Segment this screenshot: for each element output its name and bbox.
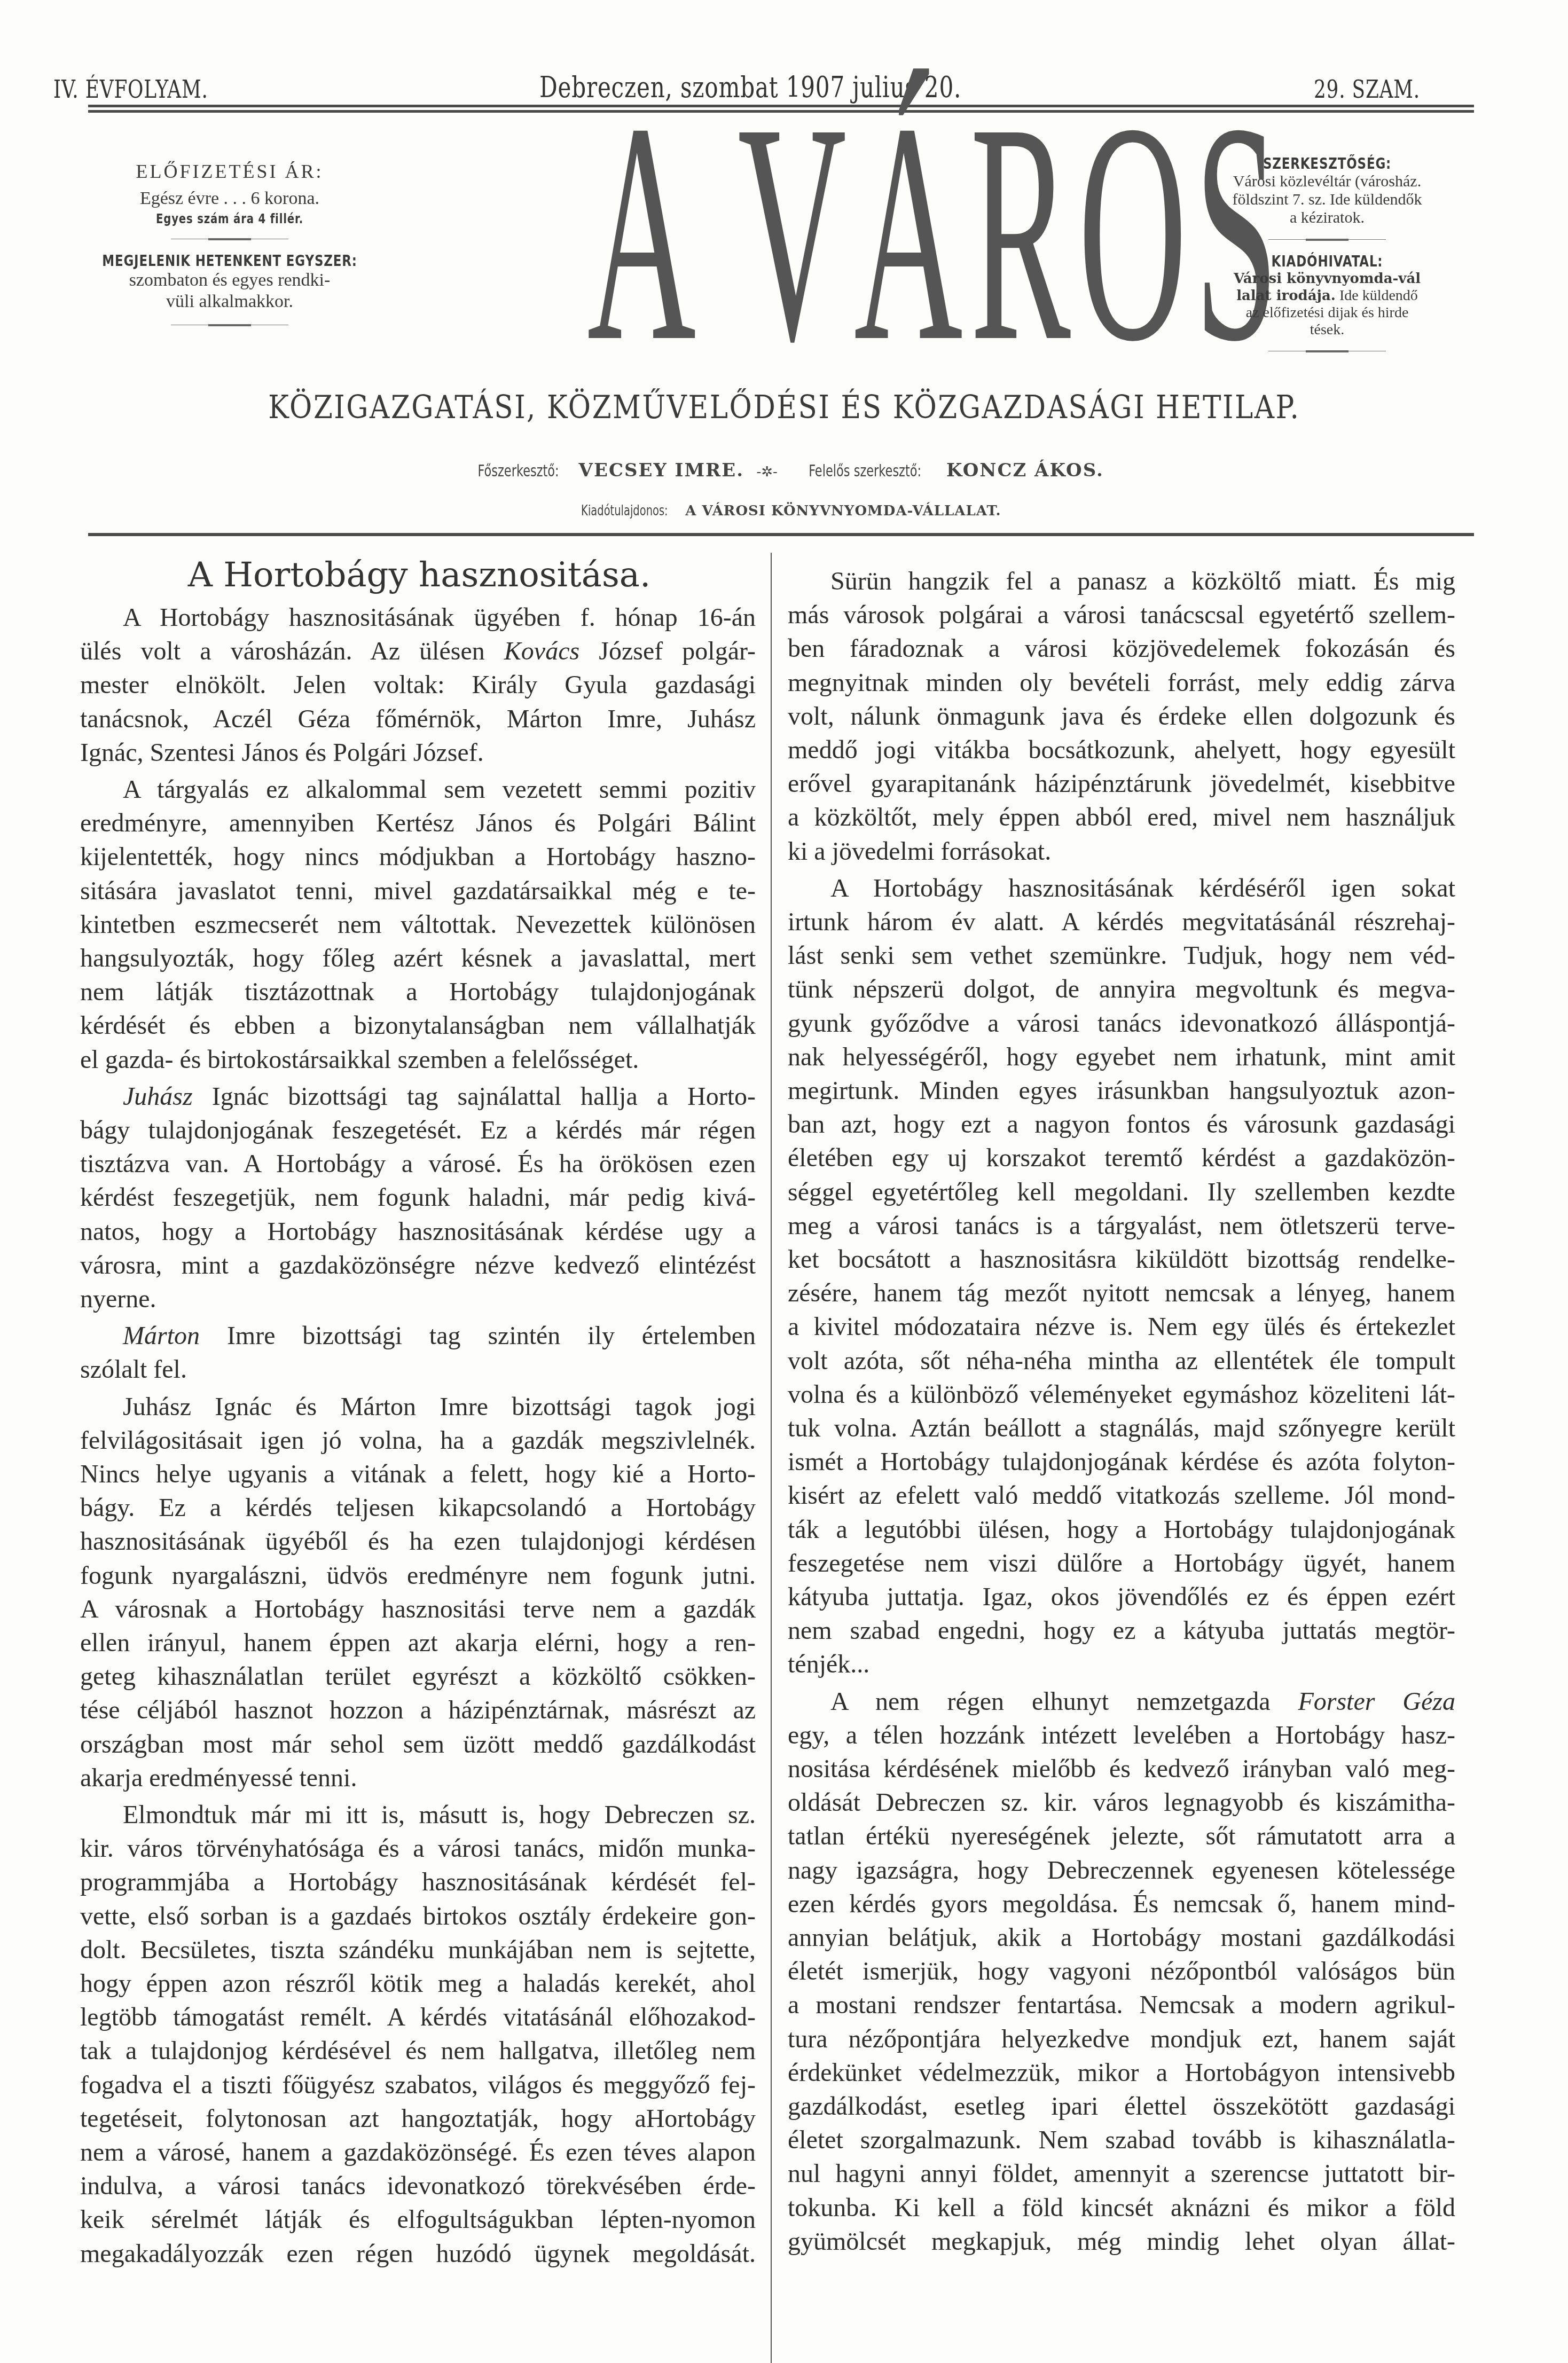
text-run: vette, első sorban is a gazdaés birtokos… bbox=[80, 1902, 756, 1930]
text-run: séggel egyetértőleg kell megoldani. Ily … bbox=[788, 1178, 1455, 1206]
text-line: Juhász Ignác és Márton Imre bizottsági t… bbox=[80, 1393, 756, 1422]
text-run: életet szorgalmazunk. Nem szabad tovább … bbox=[788, 2126, 1455, 2154]
text-run: felvilágositásait igen jó volna, ha a ga… bbox=[80, 1426, 756, 1455]
text-line: gyunk győződve a városi tanács idevonatk… bbox=[788, 1009, 1455, 1038]
text-run: nagy igazságra, hogy Debreczennek egyene… bbox=[788, 1856, 1455, 1885]
text-run: A nem régen elhunyt nemzetgazda bbox=[830, 1687, 1298, 1716]
text-run: tak a tulajdonjog kérdésével és nem hall… bbox=[80, 2037, 756, 2065]
text-line: hogy éppen azon részről kötik meg a hala… bbox=[80, 1969, 756, 1998]
text-run: kérdést feszegetjük, nem fogunk haladni,… bbox=[80, 1183, 756, 1212]
column-divider bbox=[771, 553, 772, 2363]
text-run: ták a legutóbbi ülésen, hogy a Hortobágy… bbox=[788, 1516, 1455, 1544]
italic-name: Juhász bbox=[123, 1082, 193, 1111]
text-line: a közköltőt, mely éppen abból ered, mive… bbox=[788, 803, 1455, 832]
text-line: szólalt fel. bbox=[80, 1355, 756, 1384]
text-run: tokunba. Ki kell a föld kincsét aknázni … bbox=[788, 2194, 1455, 2222]
text-run: kisért az efelett való meddő vitatkozás … bbox=[788, 1481, 1455, 1510]
subscription-info: ELŐFIZETÉSI ÁR: Egész évre . . . 6 koron… bbox=[69, 160, 390, 338]
text-run: natos, hogy a Hortobágy hasznositásának … bbox=[80, 1218, 756, 1246]
text-run: megirtunk. Minden egyes irásunkban hangs… bbox=[788, 1077, 1455, 1105]
text-line: volt azóta, sőt néha-néha mintha az elle… bbox=[788, 1347, 1455, 1376]
text-run: ki a jövedelmi forrásokat. bbox=[788, 837, 1051, 866]
issue-number: 29. SZAM. bbox=[1314, 75, 1420, 104]
text-line: nem a városé, hanem a gazdaközönségé. És… bbox=[80, 2138, 756, 2167]
text-line: érdekünket védelmezzük, mikor a Hortobág… bbox=[788, 2059, 1455, 2087]
text-run: hangsulyozták, hogy főleg azért késnek a… bbox=[80, 944, 756, 972]
text-run: tuk volna. Aztán beállott a stagnálás, m… bbox=[788, 1414, 1455, 1442]
text-run: mester elnökölt. Jelen voltak: Király Gy… bbox=[80, 671, 756, 699]
text-run: dolt. Becsületes, tiszta szándéku munkáj… bbox=[80, 1936, 756, 1964]
text-run: tünk népszerü dolgot, de annyira megvolt… bbox=[788, 975, 1455, 1003]
text-line: kijelentették, hogy nincs módjukban a Ho… bbox=[80, 843, 756, 872]
text-line: sitására javaslatot tenni, mivel gazdatá… bbox=[80, 877, 756, 906]
text-line: kérdést feszegetjük, nem fogunk haladni,… bbox=[80, 1183, 756, 1212]
text-run: keik sérelmét látják és elfogultságukban… bbox=[80, 2205, 756, 2234]
text-run: hogy éppen azon részről kötik meg a hala… bbox=[80, 1969, 756, 1998]
text-line: kátyuba juttatja. Igaz, okos jövendőlés … bbox=[788, 1583, 1455, 1612]
text-run: életét ismerjük, hogy vagyoni nézőpontbó… bbox=[788, 1957, 1455, 1985]
text-run: A Hortobágy hasznositásának kérdéséről i… bbox=[830, 874, 1455, 902]
text-run: gazdálkodást, esetleg ipari élettel össz… bbox=[788, 2092, 1455, 2121]
publishing-line: Városi könyvnyomda-vál bbox=[1188, 270, 1466, 287]
text-run: életében egy uj korszakot teremtő kérdés… bbox=[788, 1144, 1455, 1172]
paper-subtitle: KÖZIGAZGATÁSI, KÖZMŰVELŐDÉSI ÉS KÖZGAZDA… bbox=[0, 389, 1568, 426]
ornament-divider bbox=[1306, 239, 1349, 241]
text-run: ket bocsátott a hasznositásra kiküldött … bbox=[788, 1245, 1455, 1274]
text-line: akarja eredményessé tenni. bbox=[80, 1764, 756, 1793]
single-issue-price: Egyes szám ára 4 fillér. bbox=[98, 211, 361, 226]
text-run: el gazda- és birtokostársaikkal szemben … bbox=[80, 1046, 639, 1074]
text-run: nul hagyni annyi földet, amennyit a szer… bbox=[788, 2160, 1455, 2188]
text-line: a kivitel módozataira nézve is. Nem egy … bbox=[788, 1313, 1455, 1341]
text-run: volt, nálunk önmagunk java és érdeke ell… bbox=[788, 702, 1455, 731]
text-run: ténjék... bbox=[788, 1650, 869, 1678]
text-line: annyian belátjuk, akik a Hortobágy mosta… bbox=[788, 1924, 1455, 1952]
text-line: A Hortobágy hasznositásának kérdéséről i… bbox=[788, 874, 1455, 903]
text-line: meddő jogi vitákba bocsátkozunk, ahelyet… bbox=[788, 736, 1455, 765]
chief-editor-name: VECSEY IMRE. bbox=[579, 460, 744, 481]
owner-label: Kiadótulajdonos: bbox=[581, 503, 668, 519]
text-line: geteg kihasználatlan terület egyrészt a … bbox=[80, 1662, 756, 1691]
subscription-price: Egész évre . . . 6 korona. bbox=[69, 188, 390, 209]
text-run: Elmondtuk már mi itt is, másutt is, hogy… bbox=[123, 1801, 756, 1829]
text-line: életét ismerjük, hogy vagyoni nézőpontbó… bbox=[788, 1957, 1455, 1986]
text-run: tegetéseit, folytonosan azt hangoztatják… bbox=[80, 2105, 756, 2133]
text-run: Juhász Ignác és Márton Imre bizottsági t… bbox=[123, 1393, 756, 1421]
text-run: nyerne. bbox=[80, 1285, 156, 1313]
masthead-title: A VÁROS bbox=[587, 120, 949, 344]
text-line: nul hagyni annyi földet, amennyit a szer… bbox=[788, 2160, 1455, 2188]
text-run: indulva, a városi tanács idevonatkozó tö… bbox=[80, 2172, 756, 2200]
text-run: kijelentették, hogy nincs módjukban a Ho… bbox=[80, 843, 756, 871]
text-run: a közköltőt, mely éppen abból ered, mive… bbox=[788, 803, 1455, 831]
text-run: nositása kérdésének mielőbb és kedvező i… bbox=[788, 1755, 1455, 1783]
text-run: a kivitel módozataira nézve is. Nem egy … bbox=[788, 1313, 1455, 1341]
text-line: A nem régen elhunyt nemzetgazda Forster … bbox=[788, 1687, 1455, 1716]
text-run: tatlan értékü nyereségének jelezte, sőt … bbox=[788, 1822, 1455, 1850]
text-line: hangsulyozták, hogy főleg azért késnek a… bbox=[80, 944, 756, 973]
text-run: más városok polgárai a városi tanácscsal… bbox=[788, 601, 1455, 629]
text-line: vette, első sorban is a gazdaés birtokos… bbox=[80, 1902, 756, 1931]
text-line: nem szabad engedni, hogy ez a kátyuba ju… bbox=[788, 1616, 1455, 1645]
text-line: a mostani rendszer fentartása. Nemcsak a… bbox=[788, 1991, 1455, 2020]
text-line: tokunba. Ki kell a föld kincsét aknázni … bbox=[788, 2194, 1455, 2223]
text-line: keik sérelmét látják és elfogultságukban… bbox=[80, 2205, 756, 2234]
text-run: fogadva el a tiszti főügyész szabatos, v… bbox=[80, 2071, 756, 2099]
text-line: Ignác, Szentesi János és Polgári József. bbox=[80, 739, 756, 767]
publishing-note: Ide küldendő bbox=[1336, 287, 1418, 304]
text-line: Elmondtuk már mi itt is, másutt is, hogy… bbox=[80, 1801, 756, 1830]
text-run: szólalt fel. bbox=[80, 1355, 187, 1384]
text-line: életet szorgalmazunk. Nem szabad tovább … bbox=[788, 2126, 1455, 2155]
text-line: ben fáradoznak a városi közjövedelemek f… bbox=[788, 634, 1455, 663]
text-run: nem látják tisztázottnak a Hortobágy tul… bbox=[80, 978, 756, 1006]
text-run: bágy tulajdonjogának feszegetését. Ez a … bbox=[80, 1116, 756, 1144]
text-run: tése céljából hasznot hozzon a házipénzt… bbox=[80, 1696, 756, 1724]
editorial-line: Városi közlevéltár (városház. bbox=[1188, 172, 1466, 191]
text-run: volna és a különböző véleményeket egymás… bbox=[788, 1380, 1455, 1409]
text-line: bágy. Ez a kérdés teljesen kikapcsolandó… bbox=[80, 1494, 756, 1522]
text-run: meddő jogi vitákba bocsátkozunk, ahelyet… bbox=[788, 736, 1455, 764]
text-line: Juhász Ignác bizottsági tag sajnálattal … bbox=[80, 1082, 756, 1111]
text-line: A tárgyalás ez alkalommal sem vezetett s… bbox=[80, 775, 756, 804]
text-line: ket bocsátott a hasznositásra kiküldött … bbox=[788, 1245, 1455, 1274]
text-run: ezen kérdés gyors megoldása. És nemcsak … bbox=[788, 1890, 1455, 1918]
text-run: megnyitnak minden oly bevételi forrást, … bbox=[788, 669, 1455, 697]
text-run: érdekünket védelmezzük, mikor a Hortobág… bbox=[788, 2059, 1455, 2087]
text-line: megnyitnak minden oly bevételi forrást, … bbox=[788, 669, 1455, 697]
text-line: kérdését és ebben a bizonytalanságban ne… bbox=[80, 1011, 756, 1040]
text-line: hasznositásának ügyéből és ha ezen tulaj… bbox=[80, 1527, 756, 1556]
text-line: mester elnökölt. Jelen voltak: Király Gy… bbox=[80, 671, 756, 700]
responsible-editor-label: Felelős szerkesztő: bbox=[809, 462, 922, 481]
text-line: kintetben eszmecserét nem váltottak. Nev… bbox=[80, 910, 756, 939]
italic-name: Kovács bbox=[504, 637, 579, 665]
text-run: programmjába a Hortobágy hasznositásának… bbox=[80, 1868, 756, 1896]
publishing-line: tések. bbox=[1188, 321, 1466, 339]
text-line: tegetéseit, folytonosan azt hangoztatják… bbox=[80, 2105, 756, 2133]
ornament-divider bbox=[1306, 350, 1349, 352]
text-line: tura nézőpontjára helyezkedve mondjuk ez… bbox=[788, 2025, 1455, 2054]
text-line: ták a legutóbbi ülésen, hogy a Hortobágy… bbox=[788, 1516, 1455, 1544]
text-line: eredményre, amennyiben Kertész János és … bbox=[80, 809, 756, 838]
text-line: ki a jövedelmi forrásokat. bbox=[788, 837, 1455, 866]
text-run: tura nézőpontjára helyezkedve mondjuk ez… bbox=[788, 2025, 1455, 2053]
text-run: bágy. Ez a kérdés teljesen kikapcsolandó… bbox=[80, 1494, 756, 1522]
text-line: városra, mint a gazdaközönségre nézve ke… bbox=[80, 1251, 756, 1280]
text-line: tünk népszerü dolgot, de annyira megvolt… bbox=[788, 975, 1455, 1004]
text-run: Nincs helye ugyanis a vitának a felett, … bbox=[80, 1460, 756, 1488]
text-run: városra, mint a gazdaközönségre nézve ke… bbox=[80, 1251, 756, 1279]
text-line: nyerne. bbox=[80, 1285, 756, 1314]
text-line: lást senki sem vethet szemünkre. Tudjuk,… bbox=[788, 941, 1455, 970]
text-run: kérdését és ebben a bizonytalanságban ne… bbox=[80, 1011, 756, 1040]
text-line: nak helyességéről, hogy egyebet nem irha… bbox=[788, 1043, 1455, 1072]
text-run: A városnak a Hortobágy hasznositási terv… bbox=[80, 1595, 756, 1623]
text-line: tisztázva van. A Hortobágy a városé. És … bbox=[80, 1150, 756, 1179]
editorial-line: a kéziratok. bbox=[1188, 209, 1466, 227]
text-run: országban most már sehol sem üzött meddő… bbox=[80, 1730, 756, 1758]
text-run: kir. város törvényhatósága és a városi t… bbox=[80, 1834, 756, 1863]
owner-name: A VÁROSI KÖNYVNYOMDA-VÁLLALAT. bbox=[685, 503, 1001, 519]
publishing-heading: KIADÓHIVATAL: bbox=[1213, 253, 1441, 270]
subscription-heading: ELŐFIZETÉSI ÁR: bbox=[69, 160, 390, 183]
volume-label: IV. ÉVFOLYAM. bbox=[53, 75, 208, 104]
text-line: A városnak a Hortobágy hasznositási terv… bbox=[80, 1595, 756, 1624]
text-line: kisért az efelett való meddő vitatkozás … bbox=[788, 1481, 1455, 1510]
text-line: gyümölcsét megkapjuk, még mindig lehet o… bbox=[788, 2227, 1455, 2256]
text-run: geteg kihasználatlan terület egyrészt a … bbox=[80, 1662, 756, 1691]
frequency-line: vüli alkalmakkor. bbox=[69, 291, 390, 312]
chief-editor-label: Főszerkesztő: bbox=[477, 462, 559, 481]
text-run: A Hortobágy hasznositásának ügyében f. h… bbox=[123, 603, 756, 632]
text-line: tuk volna. Aztán beállott a stagnálás, m… bbox=[788, 1414, 1455, 1443]
text-run: nem szabad engedni, hogy ez a kátyuba ju… bbox=[788, 1616, 1455, 1645]
text-line: Sürün hangzik fel a panasz a közköltő mi… bbox=[788, 567, 1455, 596]
text-line: legtöbb támogatást remélt. A kérdés vita… bbox=[80, 2003, 756, 2032]
text-line: országban most már sehol sem üzött meddő… bbox=[80, 1730, 756, 1759]
editorial-info: SZERKESZTŐSÉG: Városi közlevéltár (város… bbox=[1188, 155, 1466, 364]
text-run: ellen irányul, hanem éppen azt akarja el… bbox=[80, 1629, 756, 1657]
text-line: megakadályozzák ezen régen huzódó ügynek… bbox=[80, 2240, 756, 2268]
columns-top-rule bbox=[88, 533, 1474, 536]
responsible-editor-name: KONCZ ÁKOS. bbox=[946, 460, 1104, 481]
text-run: ben fáradoznak a városi közjövedelemek f… bbox=[788, 634, 1455, 663]
article-title: A Hortobágy hasznositása. bbox=[80, 555, 758, 595]
text-run: zésére, hanem tág mezőt nyitott nemcsak … bbox=[788, 1279, 1455, 1307]
text-run: Imre bizottsági tag szintén ily értelemb… bbox=[200, 1322, 756, 1350]
text-run: kintetben eszmecserét nem váltottak. Nev… bbox=[80, 910, 756, 939]
text-run: egy, a télen hozzánk intézett levelében … bbox=[788, 1721, 1455, 1749]
text-run: sitására javaslatot tenni, mivel gazdatá… bbox=[80, 877, 756, 905]
text-line: ténjék... bbox=[788, 1650, 1455, 1679]
text-line: programmjába a Hortobágy hasznositásának… bbox=[80, 1868, 756, 1897]
text-run: kátyuba juttatja. Igaz, okos jövendőlés … bbox=[788, 1583, 1455, 1611]
text-run: ismét a Hortobágy tulajdonjogának kérdés… bbox=[788, 1448, 1455, 1476]
publishing-line: az előfizetési dijak és hirde bbox=[1188, 304, 1466, 321]
text-line: meg a városi tanács is a tárgyalást, nem… bbox=[788, 1212, 1455, 1241]
text-run: Sürün hangzik fel a panasz a közköltő mi… bbox=[830, 567, 1455, 595]
editorial-line: földszint 7. sz. Ide küldendők bbox=[1188, 191, 1466, 209]
text-line: el gazda- és birtokostársaikkal szemben … bbox=[80, 1046, 756, 1074]
italic-name: Márton bbox=[123, 1322, 200, 1350]
text-line: megirtunk. Minden egyes irásunkban hangs… bbox=[788, 1077, 1455, 1105]
text-run: nak helyességéről, hogy egyebet nem irha… bbox=[788, 1043, 1455, 1071]
text-line: zésére, hanem tág mezőt nyitott nemcsak … bbox=[788, 1279, 1455, 1308]
text-run: annyian belátjuk, akik a Hortobágy mosta… bbox=[788, 1924, 1455, 1952]
separator-ornament-icon: -✲- bbox=[757, 464, 778, 480]
text-line: tése céljából hasznot hozzon a házipénzt… bbox=[80, 1696, 756, 1725]
text-run: volt azóta, sőt néha-néha mintha az elle… bbox=[788, 1347, 1455, 1375]
text-run: ülés volt a városházán. Az ülésen bbox=[80, 637, 504, 665]
text-run: lást senki sem vethet szemünkre. Tudjuk,… bbox=[788, 941, 1455, 970]
text-line: Márton Imre bizottsági tag szintén ily é… bbox=[80, 1322, 756, 1351]
text-run: Ignác bizottsági tag sajnálattal hallja … bbox=[193, 1082, 756, 1111]
text-line: feszegetése nem viszi dülőre a Hortobágy… bbox=[788, 1549, 1455, 1578]
italic-name: Forster Géza bbox=[1298, 1687, 1455, 1716]
text-run: eredményre, amennyiben Kertész János és … bbox=[80, 809, 756, 837]
text-line: fogunk nyargalászni, üdvös eredményre ne… bbox=[80, 1561, 756, 1590]
text-run: feszegetése nem viszi dülőre a Hortobágy… bbox=[788, 1549, 1455, 1577]
text-line: ezen kérdés gyors megoldása. És nemcsak … bbox=[788, 1890, 1455, 1919]
editorial-heading: SZERKESZTŐSÉG: bbox=[1213, 155, 1441, 172]
text-line: nositása kérdésének mielőbb és kedvező i… bbox=[788, 1755, 1455, 1784]
text-run: tanácsnok, Aczél Géza főmérnök, Márton I… bbox=[80, 705, 756, 733]
text-line: tak a tulajdonjog kérdésével és nem hall… bbox=[80, 2037, 756, 2066]
text-run: gyunk győződve a városi tanács idevonatk… bbox=[788, 1009, 1455, 1038]
text-run: meg a városi tanács is a tárgyalást, nem… bbox=[788, 1212, 1455, 1240]
text-line: nem látják tisztázottnak a Hortobágy tul… bbox=[80, 978, 756, 1007]
text-run: irtunk három év alatt. A kérdés megvitat… bbox=[788, 908, 1455, 936]
text-line: kir. város törvényhatósága és a városi t… bbox=[80, 1834, 756, 1863]
text-line: nagy igazságra, hogy Debreczennek egyene… bbox=[788, 1856, 1455, 1885]
text-line: tatlan értékü nyereségének jelezte, sőt … bbox=[788, 1822, 1455, 1851]
publishing-line: lalat irodája. Ide küldendő bbox=[1188, 287, 1466, 304]
owner-line: Kiadótulajdonos: A VÁROSI KÖNYVNYOMDA-VÁ… bbox=[0, 503, 1568, 519]
text-line: ban azt, hogy ezt a nagyon fontos és vár… bbox=[788, 1110, 1455, 1139]
text-run: a mostani rendszer fentartása. Nemcsak a… bbox=[788, 1991, 1455, 2019]
text-line: egy, a télen hozzánk intézett levelében … bbox=[788, 1721, 1455, 1750]
text-run: gyümölcsét megkapjuk, még mindig lehet o… bbox=[788, 2227, 1455, 2256]
text-line: ülés volt a városházán. Az ülésen Kovács… bbox=[80, 637, 756, 666]
text-line: volt, nálunk önmagunk java és érdeke ell… bbox=[788, 702, 1455, 731]
text-run: A tárgyalás ez alkalommal sem vezetett s… bbox=[123, 775, 756, 804]
ornament-divider bbox=[208, 238, 251, 240]
text-run: megakadályozzák ezen régen huzódó ügynek… bbox=[80, 2240, 756, 2268]
frequency-heading: MEGJELENIK HETENKENT EGYSZER: bbox=[98, 252, 361, 270]
text-run: hasznositásának ügyéből és ha ezen tulaj… bbox=[80, 1527, 756, 1556]
text-run: ban azt, hogy ezt a nagyon fontos és vár… bbox=[788, 1110, 1455, 1139]
text-line: indulva, a városi tanács idevonatkozó tö… bbox=[80, 2172, 756, 2201]
text-line: bágy tulajdonjogának feszegetését. Ez a … bbox=[80, 1116, 756, 1145]
text-line: oldását Debreczen sz. kir. város legnagy… bbox=[788, 1788, 1455, 1817]
text-run: nem a városé, hanem a gazdaközönségé. És… bbox=[80, 2138, 756, 2166]
frequency-line: szombaton és egyes rendki- bbox=[69, 270, 390, 291]
text-line: A Hortobágy hasznositásának ügyében f. h… bbox=[80, 603, 756, 632]
text-line: ismét a Hortobágy tulajdonjogának kérdés… bbox=[788, 1448, 1455, 1477]
text-run: Ignác, Szentesi János és Polgári József. bbox=[80, 739, 484, 767]
text-line: felvilágositásait igen jó volna, ha a ga… bbox=[80, 1426, 756, 1455]
text-line: erővel gyarapitanánk házipénztárunk jöve… bbox=[788, 770, 1455, 798]
ornament-divider bbox=[208, 324, 251, 326]
text-line: gazdálkodást, esetleg ipari élettel össz… bbox=[788, 2092, 1455, 2121]
text-run: akarja eredményessé tenni. bbox=[80, 1764, 357, 1792]
text-line: ellen irányul, hanem éppen azt akarja el… bbox=[80, 1629, 756, 1658]
text-line: irtunk három év alatt. A kérdés megvitat… bbox=[788, 908, 1455, 937]
text-run: fogunk nyargalászni, üdvös eredményre ne… bbox=[80, 1561, 756, 1590]
text-line: dolt. Becsületes, tiszta szándéku munkáj… bbox=[80, 1936, 756, 1965]
text-line: Nincs helye ugyanis a vitának a felett, … bbox=[80, 1460, 756, 1489]
text-line: séggel egyetértőleg kell megoldani. Ily … bbox=[788, 1178, 1455, 1207]
publishing-office-name: lalat irodája. bbox=[1236, 288, 1336, 304]
text-line: tanácsnok, Aczél Géza főmérnök, Márton I… bbox=[80, 705, 756, 734]
text-run: oldását Debreczen sz. kir. város legnagy… bbox=[788, 1788, 1455, 1817]
text-run: erővel gyarapitanánk házipénztárunk jöve… bbox=[788, 770, 1455, 798]
text-line: natos, hogy a Hortobágy hasznositásának … bbox=[80, 1218, 756, 1246]
text-line: volna és a különböző véleményeket egymás… bbox=[788, 1380, 1455, 1409]
text-run: legtöbb támogatást remélt. A kérdés vita… bbox=[80, 2003, 756, 2031]
text-line: más városok polgárai a városi tanácscsal… bbox=[788, 601, 1455, 630]
text-line: fogadva el a tiszti főügyész szabatos, v… bbox=[80, 2071, 756, 2100]
text-run: tisztázva van. A Hortobágy a városé. És … bbox=[80, 1150, 756, 1178]
text-line: életében egy uj korszakot teremtő kérdés… bbox=[788, 1144, 1455, 1173]
text-run: József polgár- bbox=[579, 637, 756, 665]
editors-line: Főszerkesztő: VECSEY IMRE. -✲- Felelős s… bbox=[0, 459, 1568, 481]
